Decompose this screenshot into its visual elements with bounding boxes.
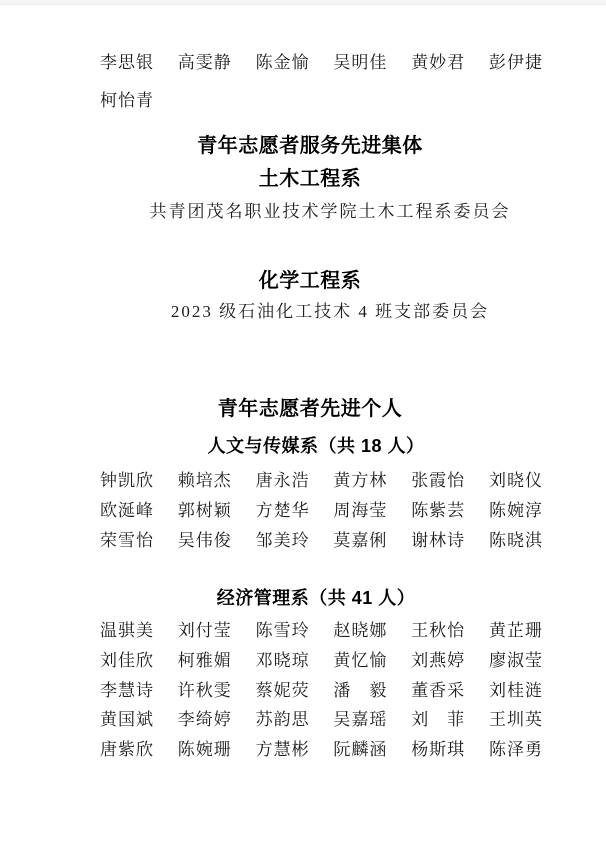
person-name: 蔡妮荧 — [256, 680, 310, 702]
name-row: 黄国斌 李绮婷 苏韵思 吴嘉瑶 刘 菲 王圳英 — [100, 709, 543, 731]
name-row: 钟凯欣 赖培杰 唐永浩 黄方林 张霞怡 刘晓仪 — [100, 470, 543, 492]
name-row: 唐紫欣 陈婉珊 方慧彬 阮麟涵 杨斯琪 陈泽勇 — [100, 739, 543, 761]
person-name: 王秋怡 — [411, 620, 465, 642]
person-name: 赵晓娜 — [333, 620, 387, 642]
collective-recipient-chemical: 2023 级石油化工技术 4 班支部委员会 — [27, 301, 606, 323]
person-name: 李思银 — [100, 52, 154, 74]
person-name: 刘晓仪 — [489, 470, 543, 492]
document-page: 李思银 高雯静 陈金愉 吴明佳 黄妙君 彭伊捷 柯怡青 青年志愿者服务先进集体 … — [0, 0, 606, 849]
person-name: 张霞怡 — [411, 470, 465, 492]
person-name: 邹美玲 — [256, 530, 310, 552]
person-name: 温骐美 — [100, 620, 154, 642]
person-name: 欧涎峰 — [100, 500, 154, 522]
person-name: 许秋雯 — [178, 680, 232, 702]
person-name: 钟凯欣 — [100, 470, 154, 492]
name-row: 刘佳欣 柯雅媚 邓晓琼 黄忆愉 刘燕婷 廖淑莹 — [100, 650, 543, 672]
person-name: 谢林诗 — [411, 530, 465, 552]
name-row: 温骐美 刘付莹 陈雪玲 赵晓娜 王秋怡 黄芷珊 — [100, 620, 543, 642]
person-name: 郭树颖 — [178, 500, 232, 522]
person-name: 陈泽勇 — [489, 739, 543, 761]
name-row: 柯怡青 — [100, 90, 543, 112]
person-name: 陈金愉 — [256, 52, 310, 74]
person-name: 荣雪怡 — [100, 530, 154, 552]
person-name: 柯怡青 — [100, 90, 154, 112]
person-name: 黄国斌 — [100, 709, 154, 731]
person-name: 董香采 — [411, 680, 465, 702]
person-name: 吴嘉瑶 — [333, 709, 387, 731]
name-row: 荣雪怡 吴伟俊 邹美玲 莫嘉俐 谢林诗 陈晓淇 — [100, 530, 543, 552]
person-name: 黄妙君 — [411, 52, 465, 74]
person-name: 莫嘉俐 — [333, 530, 387, 552]
name-row: 欧涎峰 郭树颖 方楚华 周海莹 陈紫芸 陈婉淳 — [100, 500, 543, 522]
person-name: 刘佳欣 — [100, 650, 154, 672]
page-top-edge — [0, 0, 606, 5]
person-name: 黄芷珊 — [489, 620, 543, 642]
person-name: 苏韵思 — [256, 709, 310, 731]
person-name: 邓晓琼 — [256, 650, 310, 672]
person-name: 彭伊捷 — [489, 52, 543, 74]
person-name: 李绮婷 — [178, 709, 232, 731]
dept-heading-civil-engineering: 土木工程系 — [7, 167, 606, 191]
person-name: 李慧诗 — [100, 680, 154, 702]
person-name: 刘燕婷 — [411, 650, 465, 672]
person-name: 陈雪玲 — [256, 620, 310, 642]
person-name: 唐永浩 — [256, 470, 310, 492]
dept-heading-economics-management: 经济管理系（共 41 人） — [13, 587, 606, 610]
person-name: 唐紫欣 — [100, 739, 154, 761]
award-individual-title: 青年志愿者先进个人 — [7, 397, 606, 421]
person-name: 杨斯琪 — [411, 739, 465, 761]
person-name: 吴伟俊 — [178, 530, 232, 552]
name-row: 李慧诗 许秋雯 蔡妮荧 潘 毅 董香采 刘桂涟 — [100, 680, 543, 702]
person-name: 刘 菲 — [411, 709, 465, 731]
person-name: 王圳英 — [489, 709, 543, 731]
person-name: 陈紫芸 — [411, 500, 465, 522]
person-name: 赖培杰 — [178, 470, 232, 492]
person-name: 方楚华 — [256, 500, 310, 522]
person-name: 阮麟涵 — [333, 739, 387, 761]
person-name: 陈婉淳 — [489, 500, 543, 522]
dept-heading-chemical-engineering: 化学工程系 — [7, 269, 606, 293]
person-name: 刘桂涟 — [489, 680, 543, 702]
person-name: 廖淑莹 — [489, 650, 543, 672]
award-collective-title: 青年志愿者服务先进集体 — [7, 134, 606, 158]
person-name: 陈晓淇 — [489, 530, 543, 552]
person-name: 高雯静 — [178, 52, 232, 74]
person-name: 柯雅媚 — [178, 650, 232, 672]
person-name: 黄忆愉 — [333, 650, 387, 672]
person-name: 潘 毅 — [333, 680, 387, 702]
person-name: 黄方林 — [333, 470, 387, 492]
collective-recipient-civil: 共青团茂名职业技术学院土木工程系委员会 — [27, 201, 606, 223]
person-name: 方慧彬 — [256, 739, 310, 761]
person-name: 吴明佳 — [333, 52, 387, 74]
person-name: 陈婉珊 — [178, 739, 232, 761]
name-row: 李思银 高雯静 陈金愉 吴明佳 黄妙君 彭伊捷 — [100, 52, 543, 74]
dept-heading-humanities-media: 人文与传媒系（共 18 人） — [13, 435, 606, 458]
person-name: 刘付莹 — [178, 620, 232, 642]
person-name: 周海莹 — [333, 500, 387, 522]
